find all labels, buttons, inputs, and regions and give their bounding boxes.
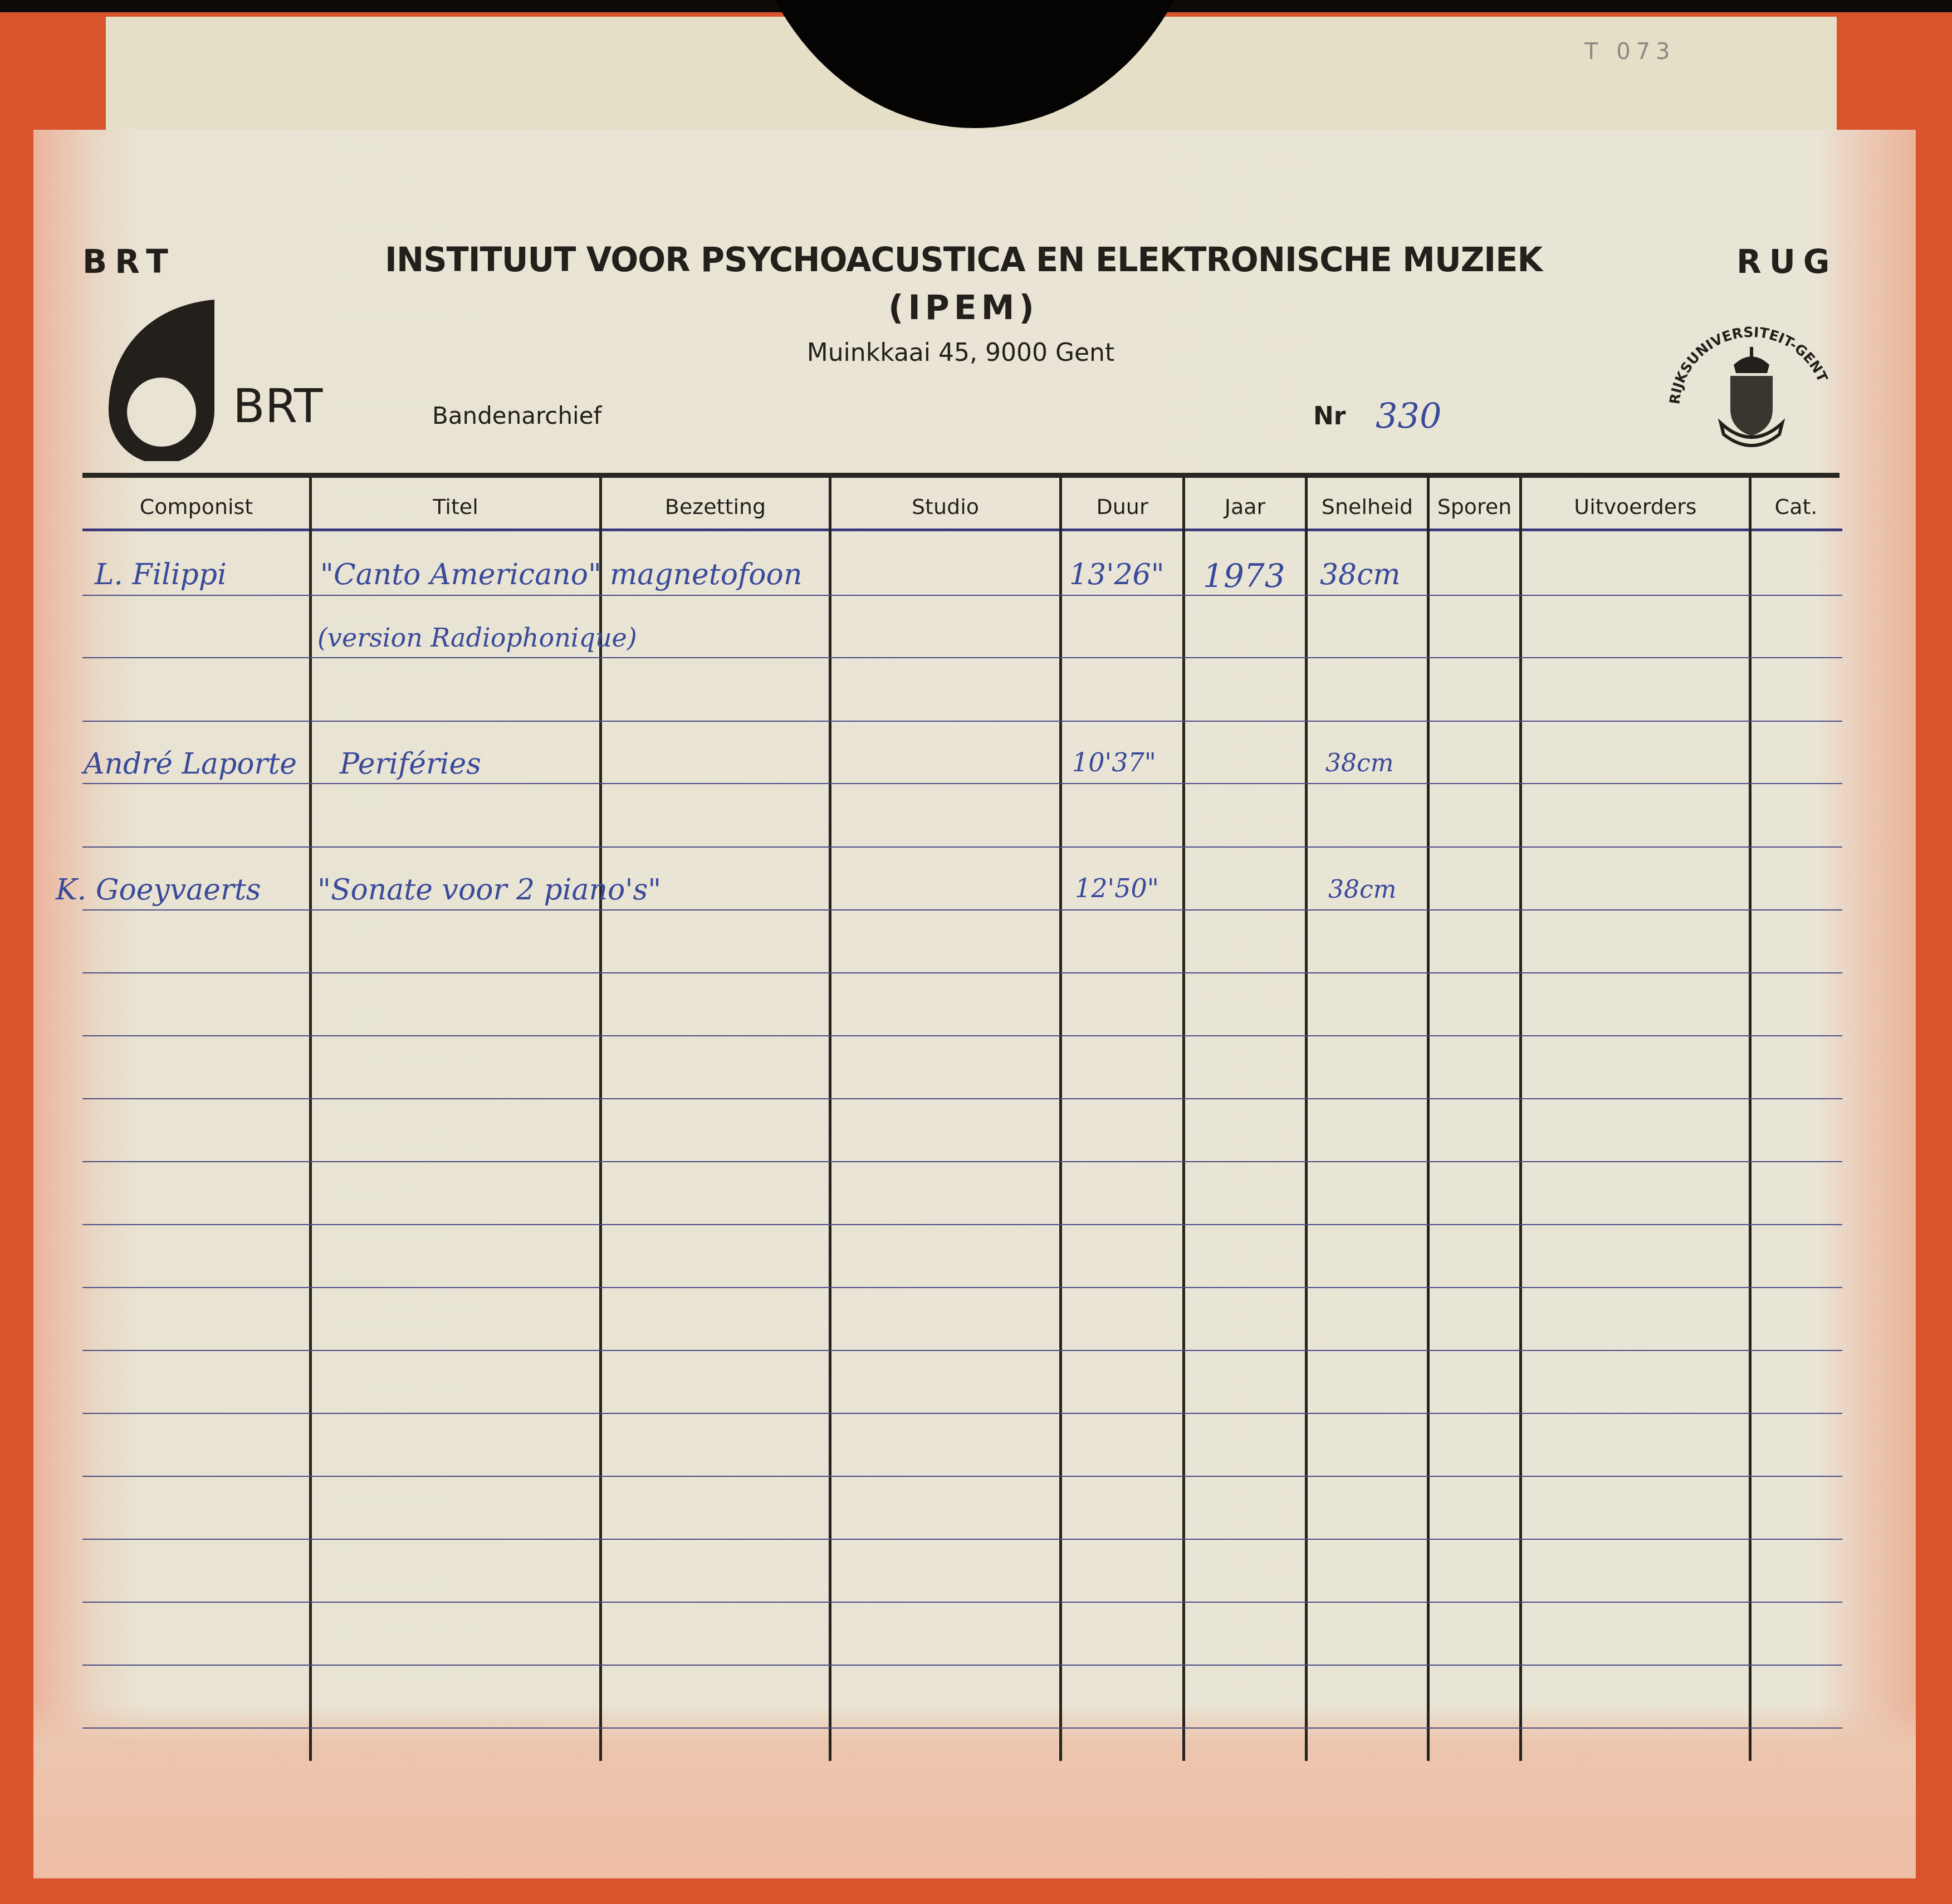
entry-1-titel: "Canto Americano" (320, 558, 601, 591)
column-header-titel: Titel (312, 495, 599, 519)
pencil-note: T 073 (1584, 39, 1676, 65)
table-top-rule (82, 473, 1840, 478)
row-rule (82, 1035, 1842, 1036)
entry-1-componist: L. Filippi (95, 558, 227, 591)
archive-label: Bandenarchief (432, 402, 601, 429)
entry-3-duur: 12'50" (1075, 873, 1159, 903)
label-sheet-bottom-margin (33, 1704, 1916, 1878)
column-divider (1305, 477, 1308, 1761)
column-divider (829, 477, 831, 1761)
column-divider (1059, 477, 1062, 1761)
column-header-sporen: Sporen (1430, 495, 1519, 519)
entry-1-duur: 13'26" (1069, 558, 1165, 591)
institute-title: INSTITUUT VOOR PSYCHOACUSTICA EN ELEKTRO… (347, 241, 1581, 280)
row-rule (82, 1476, 1842, 1477)
row-rule (82, 1539, 1842, 1540)
entry-2-duur: 10'37" (1072, 747, 1156, 777)
entry-1-titel-line2: (version Radiophonique) (317, 623, 637, 653)
column-divider (1427, 477, 1430, 1761)
row-rule (82, 1602, 1842, 1603)
entry-2-snelheid: 38cm (1325, 749, 1393, 777)
row-rule (82, 1287, 1842, 1288)
row-rule (82, 1350, 1842, 1351)
entry-1-jaar: 1973 (1203, 557, 1285, 595)
brt-logo-text: BRT (233, 379, 322, 433)
row-rule (82, 721, 1842, 722)
row-rule (82, 1098, 1842, 1099)
entry-1-snelheid: 38cm (1320, 558, 1401, 591)
column-header-cat: Cat. (1752, 495, 1841, 519)
row-rule (82, 1727, 1842, 1729)
entry-3-snelheid: 38cm (1328, 875, 1396, 904)
university-seal-icon: RIJKSUNIVERSITEIT-GENT (1668, 326, 1835, 448)
column-divider (309, 477, 312, 1761)
column-header-componist: Componist (84, 495, 309, 519)
header-left-tag: BRT (82, 243, 176, 281)
entry-3-componist: K. Goeyvaerts (56, 873, 261, 907)
row-rule (82, 909, 1842, 911)
row-rule (82, 972, 1842, 973)
column-header-duur: Duur (1062, 495, 1182, 519)
institute-abbreviation: (IPEM) (780, 288, 1147, 327)
column-header-uitvoerders: Uitvoerders (1522, 495, 1749, 519)
row-rule (82, 783, 1842, 784)
column-header-studio: Studio (831, 495, 1059, 519)
column-divider (1519, 477, 1522, 1761)
column-header-bezetting: Bezetting (602, 495, 829, 519)
entry-2-componist: André Laporte (84, 747, 297, 781)
row-rule (82, 1161, 1842, 1162)
row-rule (82, 595, 1842, 596)
entry-1-bezetting: magnetofoon (610, 558, 802, 591)
column-divider (1749, 477, 1752, 1761)
column-divider (599, 477, 602, 1761)
archive-number: 330 (1376, 395, 1441, 436)
row-rule (82, 846, 1842, 848)
column-divider (1182, 477, 1185, 1761)
number-label: Nr (1313, 402, 1346, 430)
row-rule (82, 1665, 1842, 1666)
row-rule (82, 1224, 1842, 1225)
row-rule (82, 657, 1842, 658)
brt-logo-icon (106, 300, 217, 461)
table-header-rule (82, 528, 1842, 531)
column-header-snelheid: Snelheid (1308, 495, 1427, 519)
entry-3-titel: "Sonate voor 2 piano's" (317, 873, 661, 907)
institute-address: Muinkkaai 45, 9000 Gent (724, 339, 1197, 367)
entry-2-titel: Periféries (340, 747, 481, 781)
row-rule (82, 1413, 1842, 1414)
header-right-tag: RUG (1736, 243, 1837, 281)
column-header-jaar: Jaar (1185, 495, 1305, 519)
